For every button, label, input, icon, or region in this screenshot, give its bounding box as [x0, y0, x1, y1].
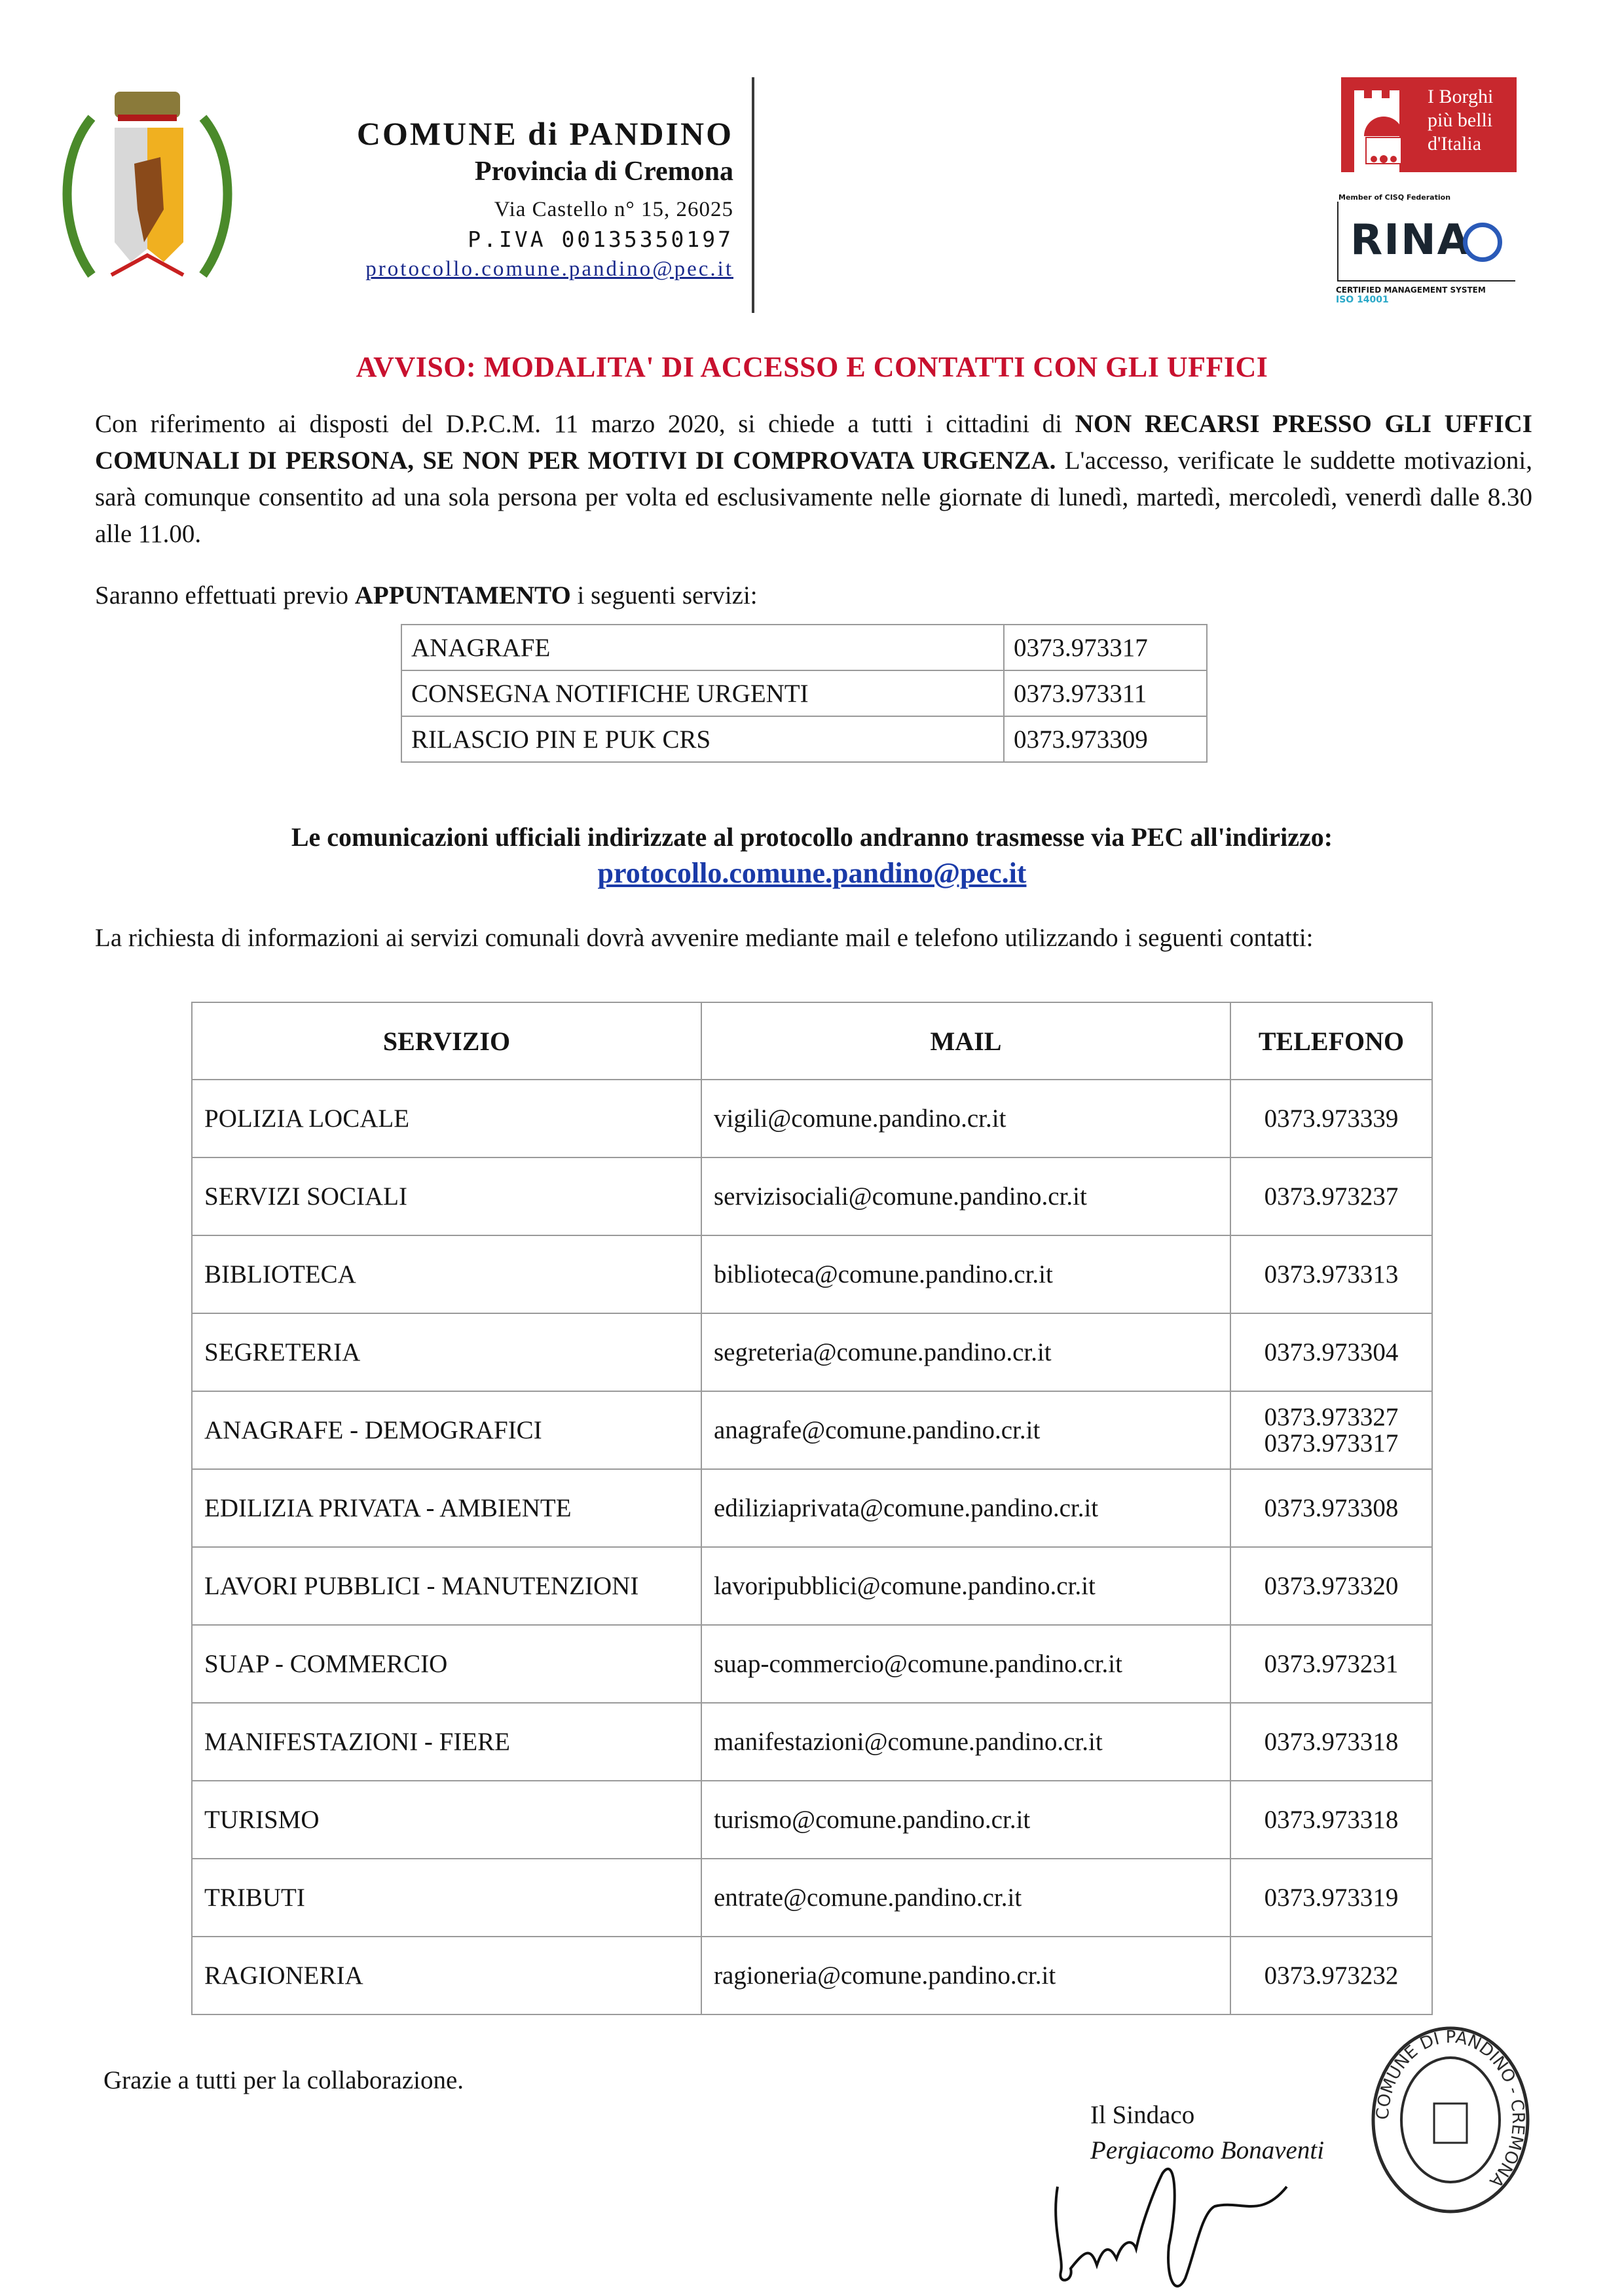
service-phone-cell: 0373.973232 [1230, 1937, 1432, 2014]
table-row: ANAGRAFE 0373.973317 [401, 625, 1207, 670]
header-pec-link[interactable]: protocollo.comune.pandino@pec.it [365, 257, 733, 282]
tower-icon [1341, 77, 1426, 172]
table-row: SERVIZI SOCIALI servizisociali@comune.pa… [192, 1157, 1432, 1235]
appointment-service: CONSEGNA NOTIFICHE URGENTI [401, 670, 1004, 716]
signature-icon [1044, 2147, 1319, 2296]
service-phone-cell: 0373.973318 [1230, 1781, 1432, 1859]
table-row: SEGRETERIA segreteria@comune.pandino.cr.… [192, 1313, 1432, 1391]
official-stamp-icon: COMUNE DI PANDINO - CREMONA [1365, 2022, 1536, 2218]
service-mail[interactable]: biblioteca@comune.pandino.cr.it [701, 1235, 1230, 1313]
service-name: POLIZIA LOCALE [192, 1080, 701, 1157]
service-name: TURISMO [192, 1781, 701, 1859]
table-row: CONSEGNA NOTIFICHE URGENTI 0373.973311 [401, 670, 1207, 716]
service-name: SERVIZI SOCIALI [192, 1157, 701, 1235]
service-mail[interactable]: turismo@comune.pandino.cr.it [701, 1781, 1230, 1859]
table-row: RILASCIO PIN E PUK CRS 0373.973309 [401, 716, 1207, 762]
service-mail[interactable]: lavoripubblici@comune.pandino.cr.it [701, 1547, 1230, 1625]
header-phone: TELEFONO [1230, 1002, 1432, 1080]
service-phone-cell: 0373.973237 [1230, 1157, 1432, 1235]
coat-of-arms-icon [52, 79, 242, 295]
intro-paragraph: Con riferimento ai disposti del D.P.C.M.… [95, 406, 1532, 553]
table-row: SUAP - COMMERCIO suap-commercio@comune.p… [192, 1625, 1432, 1703]
header-mail: MAIL [701, 1002, 1230, 1080]
service-mail[interactable]: segreteria@comune.pandino.cr.it [701, 1313, 1230, 1391]
appointment-phone: 0373.973309 [1004, 716, 1207, 762]
table-row: RAGIONERIA ragioneria@comune.pandino.cr.… [192, 1937, 1432, 2014]
service-name: SEGRETERIA [192, 1313, 701, 1391]
phone-number: 0373.973317 [1243, 1430, 1420, 1457]
vat-number: P.IVA 00135350197 [468, 227, 733, 252]
table-row: ANAGRAFE - DEMOGRAFICI anagrafe@comune.p… [192, 1391, 1432, 1469]
phone-number: 0373.973231 [1243, 1651, 1420, 1677]
phone-number: 0373.973304 [1243, 1339, 1420, 1366]
service-name: MANIFESTAZIONI - FIERE [192, 1703, 701, 1781]
service-phone-cell: 0373.973339 [1230, 1080, 1432, 1157]
address: Via Castello n° 15, 26025 [494, 198, 733, 222]
table-row: TRIBUTI entrate@comune.pandino.cr.it 037… [192, 1859, 1432, 1937]
phone-number: 0373.973327 [1243, 1404, 1420, 1430]
table-row: LAVORI PUBBLICI - MANUTENZIONI lavoripub… [192, 1547, 1432, 1625]
service-phone-cell: 0373.973313 [1230, 1235, 1432, 1313]
table-header-row: SERVIZIO MAIL TELEFONO [192, 1002, 1432, 1080]
phone-number: 0373.973318 [1243, 1729, 1420, 1755]
closing-thanks: Grazie a tutti per la collaborazione. [103, 2066, 464, 2095]
appointment-intro: Saranno effettuati previo APPUNTAMENTO i… [95, 577, 1532, 614]
contacts-table: SERVIZIO MAIL TELEFONO POLIZIA LOCALE vi… [191, 1002, 1433, 2015]
service-name: SUAP - COMMERCIO [192, 1625, 701, 1703]
service-name: ANAGRAFE - DEMOGRAFICI [192, 1391, 701, 1469]
phone-number: 0373.973318 [1243, 1807, 1420, 1833]
appointment-service: RILASCIO PIN E PUK CRS [401, 716, 1004, 762]
service-mail[interactable]: entrate@comune.pandino.cr.it [701, 1859, 1230, 1937]
service-phone-cell: 0373.973318 [1230, 1703, 1432, 1781]
signer-role: Il Sindaco [1090, 2100, 1194, 2130]
header-service: SERVIZIO [192, 1002, 701, 1080]
service-name: RAGIONERIA [192, 1937, 701, 2014]
iqnet-badge-icon [1463, 223, 1502, 262]
appointment-table: ANAGRAFE 0373.973317CONSEGNA NOTIFICHE U… [401, 624, 1208, 763]
appointment-phone: 0373.973311 [1004, 670, 1207, 716]
phone-number: 0373.973339 [1243, 1106, 1420, 1132]
service-phone-cell: 0373.973320 [1230, 1547, 1432, 1625]
borghi-logo-text: I Borghi più belli d'Italia [1428, 85, 1513, 156]
table-row: TURISMO turismo@comune.pandino.cr.it 037… [192, 1781, 1432, 1859]
service-phone-cell: 0373.973231 [1230, 1625, 1432, 1703]
service-phone-cell: 0373.973308 [1230, 1469, 1432, 1547]
notice-title: AVVISO: MODALITA' DI ACCESSO E CONTATTI … [0, 350, 1624, 384]
service-mail[interactable]: anagrafe@comune.pandino.cr.it [701, 1391, 1230, 1469]
table-row: BIBLIOTECA biblioteca@comune.pandino.cr.… [192, 1235, 1432, 1313]
phone-number: 0373.973320 [1243, 1573, 1420, 1599]
service-phone-cell: 0373.973304 [1230, 1313, 1432, 1391]
service-mail[interactable]: manifestazioni@comune.pandino.cr.it [701, 1703, 1230, 1781]
service-mail[interactable]: suap-commercio@comune.pandino.cr.it [701, 1625, 1230, 1703]
table-row: MANIFESTAZIONI - FIERE manifestazioni@co… [192, 1703, 1432, 1781]
service-name: EDILIZIA PRIVATA - AMBIENTE [192, 1469, 701, 1547]
service-name: LAVORI PUBBLICI - MANUTENZIONI [192, 1547, 701, 1625]
phone-number: 0373.973319 [1243, 1885, 1420, 1911]
phone-number: 0373.973308 [1243, 1495, 1420, 1522]
service-phone-cell: 0373.973319 [1230, 1859, 1432, 1937]
table-row: POLIZIA LOCALE vigili@comune.pandino.cr.… [192, 1080, 1432, 1157]
service-mail[interactable]: servizisociali@comune.pandino.cr.it [701, 1157, 1230, 1235]
province-name: Provincia di Cremona [475, 156, 733, 187]
phone-number: 0373.973237 [1243, 1184, 1420, 1210]
header-divider [752, 77, 754, 313]
pec-link[interactable]: protocollo.comune.pandino@pec.it [0, 856, 1624, 890]
service-phone-cell: 0373.9733270373.973317 [1230, 1391, 1432, 1469]
appointment-phone: 0373.973317 [1004, 625, 1207, 670]
service-name: BIBLIOTECA [192, 1235, 701, 1313]
service-mail[interactable]: ragioneria@comune.pandino.cr.it [701, 1937, 1230, 2014]
phone-number: 0373.973313 [1243, 1262, 1420, 1288]
service-mail[interactable]: ediliziaprivata@comune.pandino.cr.it [701, 1469, 1230, 1547]
pec-intro: Le comunicazioni ufficiali indirizzate a… [0, 822, 1624, 852]
service-mail[interactable]: vigili@comune.pandino.cr.it [701, 1080, 1230, 1157]
table-row: EDILIZIA PRIVATA - AMBIENTE ediliziapriv… [192, 1469, 1432, 1547]
phone-number: 0373.973232 [1243, 1963, 1420, 1989]
municipality-name: COMUNE di PANDINO [357, 115, 733, 153]
rina-certification-logo: Member of CISQ Federation RINA CERTIFIED… [1336, 193, 1532, 324]
contacts-intro: La richiesta di informazioni ai servizi … [95, 920, 1532, 957]
service-name: TRIBUTI [192, 1859, 701, 1937]
appointment-service: ANAGRAFE [401, 625, 1004, 670]
